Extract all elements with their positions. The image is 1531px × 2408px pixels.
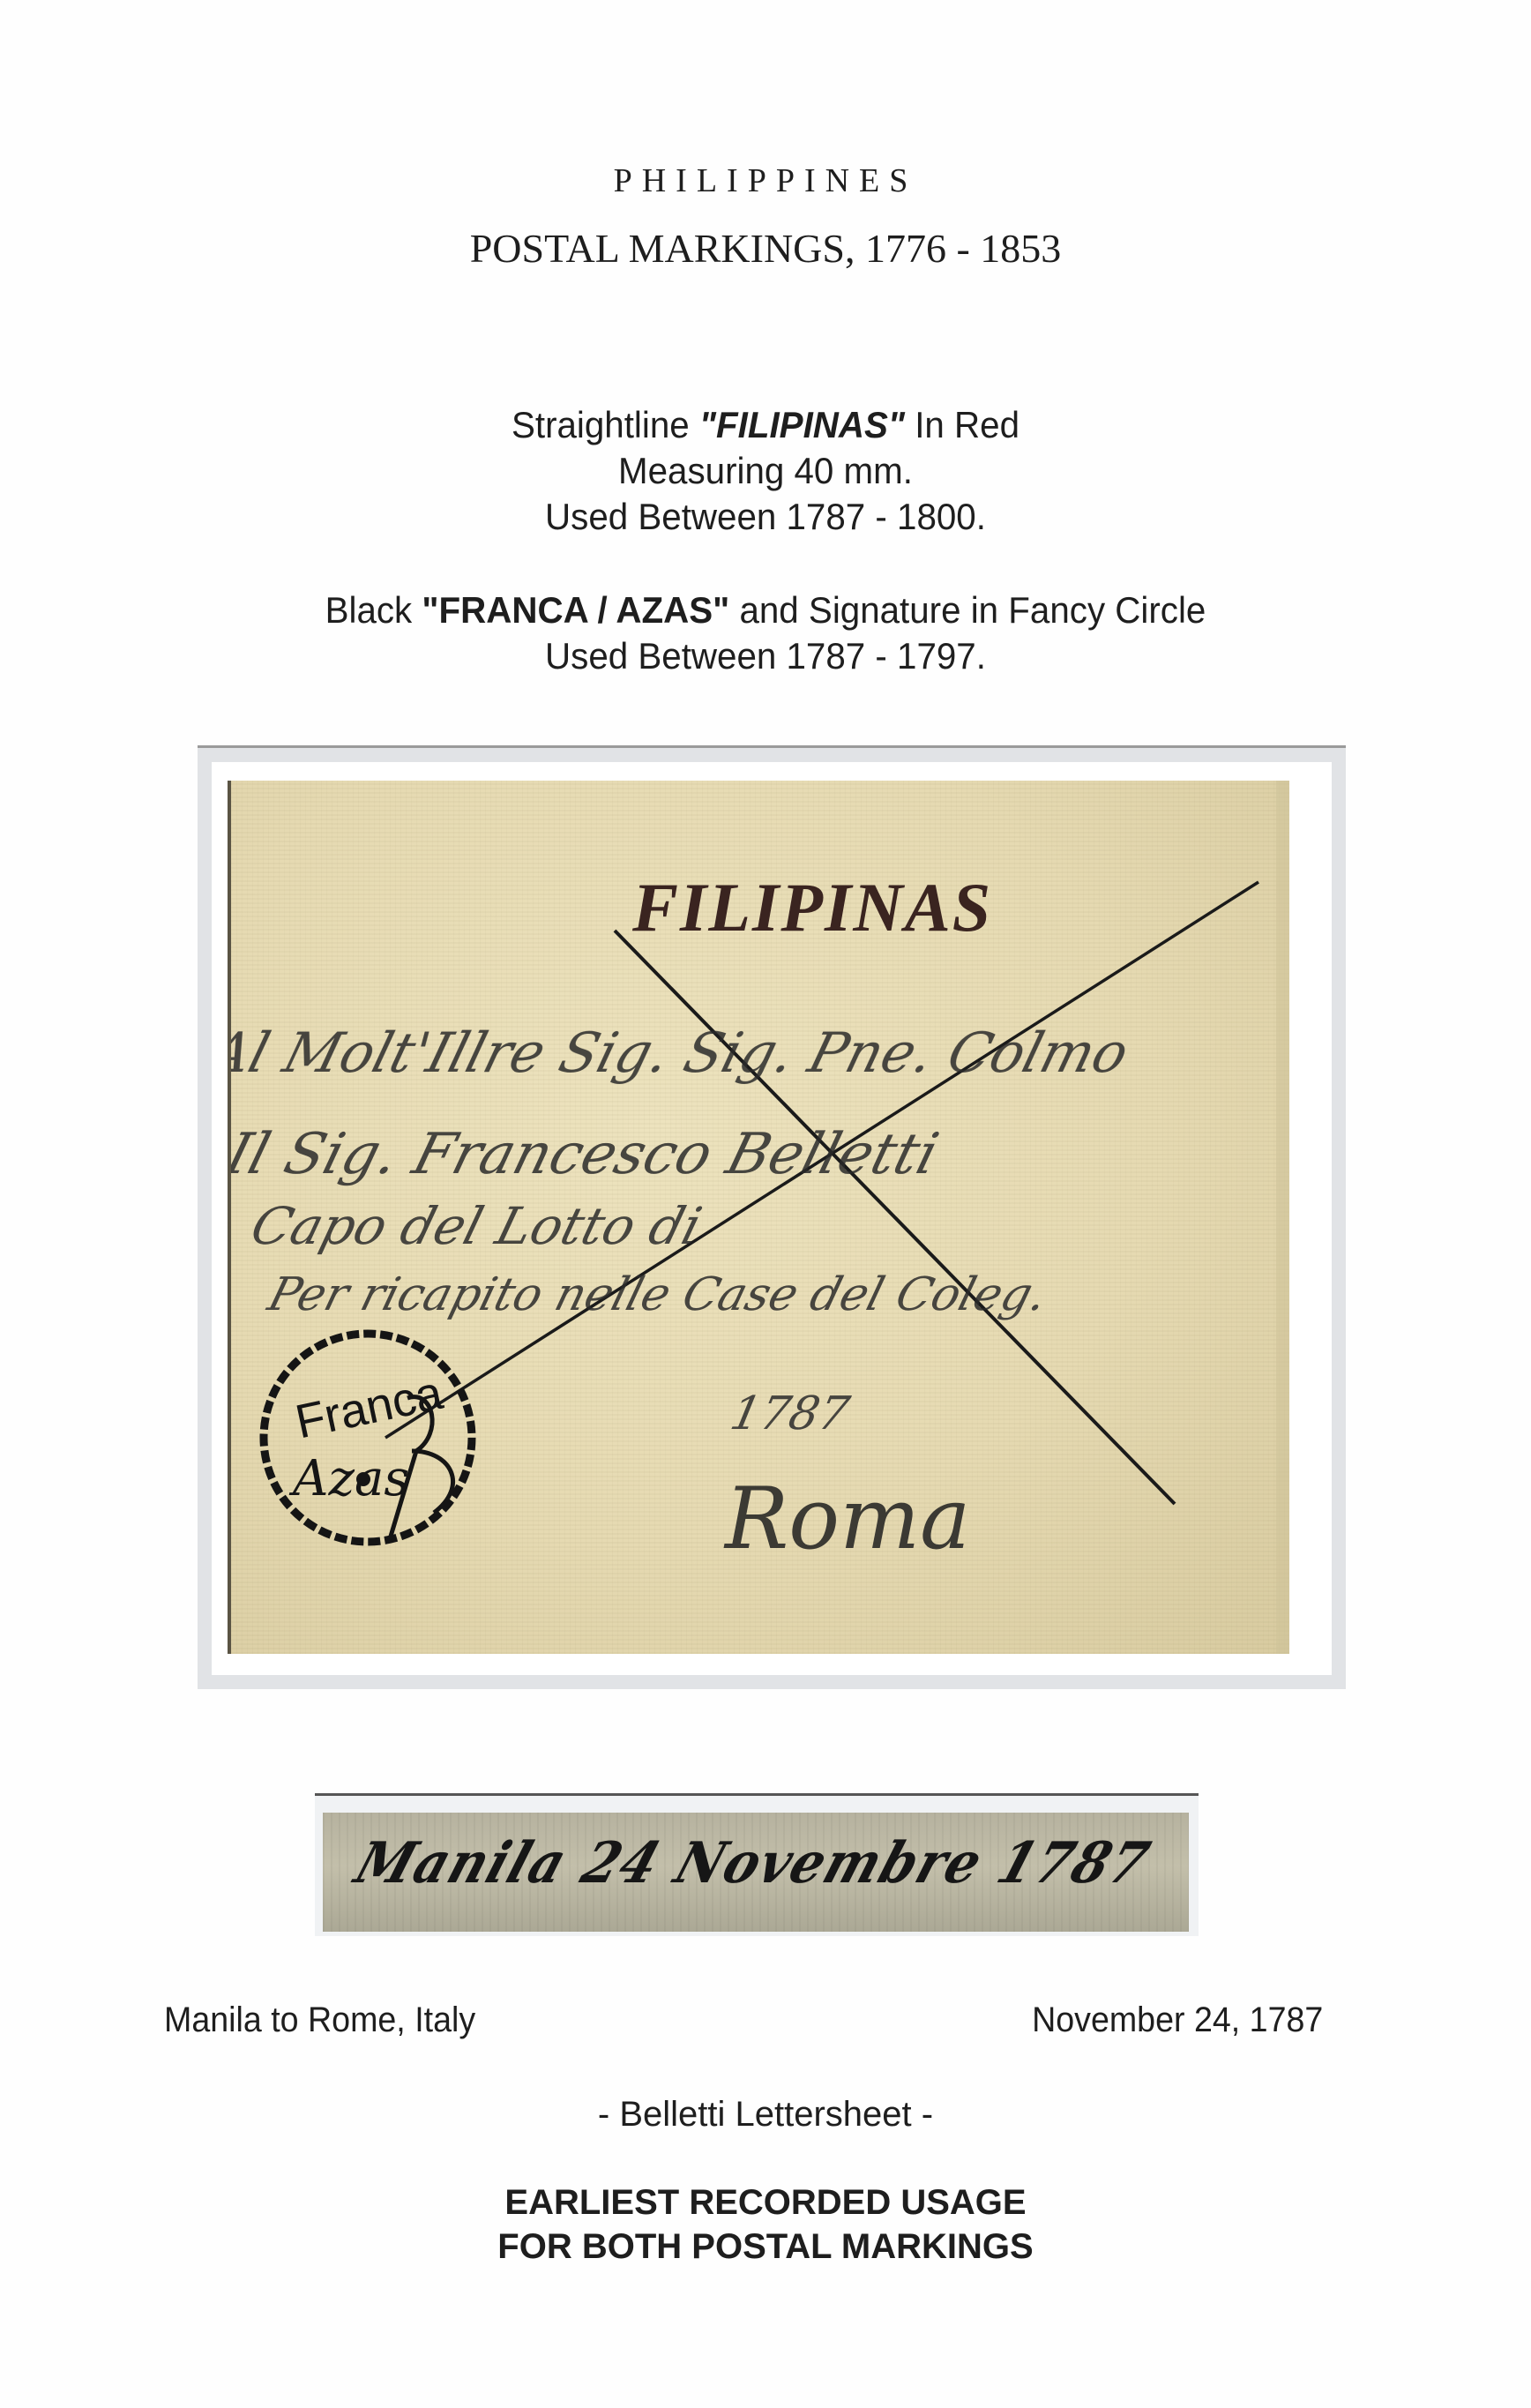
earliest-usage-note-line1: EARLIEST RECORDED USAGE [0,2183,1531,2223]
page-heading-country: PHILIPPINES [0,161,1531,200]
description-filipinas: Straightline "FILIPINAS" In Red Measurin… [31,402,1501,540]
date-label: November 24, 1787 [1032,2000,1323,2040]
description-franca-line2: Used Between 1787 - 1797. [31,633,1501,679]
svg-text:Franca: Franca [291,1366,448,1449]
description-franca: Black "FRANCA / AZAS" and Signature in F… [31,587,1501,679]
franca-emphasis: "FRANCA / AZAS" [422,589,729,631]
filipinas-emphasis: "FILIPINAS" [699,404,905,445]
franca-azas-fancy-circle-marking: Franca Azas [264,1334,472,1542]
description-filipinas-line1: Straightline "FILIPINAS" In Red [31,402,1501,448]
svg-text:1787: 1787 [726,1387,855,1440]
docket-strip-image: Manila 24 Novembre 1787 [323,1813,1189,1932]
svg-text:Azas: Azas [288,1450,409,1507]
earliest-usage-note-line2: FOR BOTH POSTAL MARKINGS [0,2227,1531,2267]
svg-text:Il Sig. Francesco Belletti: Il Sig. Francesco Belletti [231,1122,945,1187]
svg-text:Al Molt'Illre Sig. Sig. Pne. C: Al Molt'Illre Sig. Sig. Pne. Colmo [231,1021,1135,1085]
filipinas-straightline-marking: FILIPINAS [631,869,992,946]
svg-text:Per ricapito nelle Case del Co: Per ricapito nelle Case del Coleg. [262,1268,1053,1321]
lettersheet-image: FILIPINAS Al Molt'Illre Sig. Sig. Pne. C… [228,781,1289,1654]
docket-handwriting: Manila 24 Novembre 1787 [347,1830,1159,1896]
description-filipinas-line2: Measuring 40 mm. [31,448,1501,494]
lettersheet-artwork: FILIPINAS Al Molt'Illre Sig. Sig. Pne. C… [231,781,1289,1654]
route-label: Manila to Rome, Italy [164,2000,475,2040]
description-franca-line1: Black "FRANCA / AZAS" and Signature in F… [31,587,1501,633]
lettersheet-subtitle: - Belletti Lettersheet - [0,2095,1531,2135]
description-filipinas-line3: Used Between 1787 - 1800. [31,494,1501,540]
svg-text:Roma: Roma [723,1469,970,1568]
svg-text:Capo del Lotto di: Capo del Lotto di [245,1196,708,1256]
page-title: POSTAL MARKINGS, 1776 - 1853 [0,225,1531,272]
